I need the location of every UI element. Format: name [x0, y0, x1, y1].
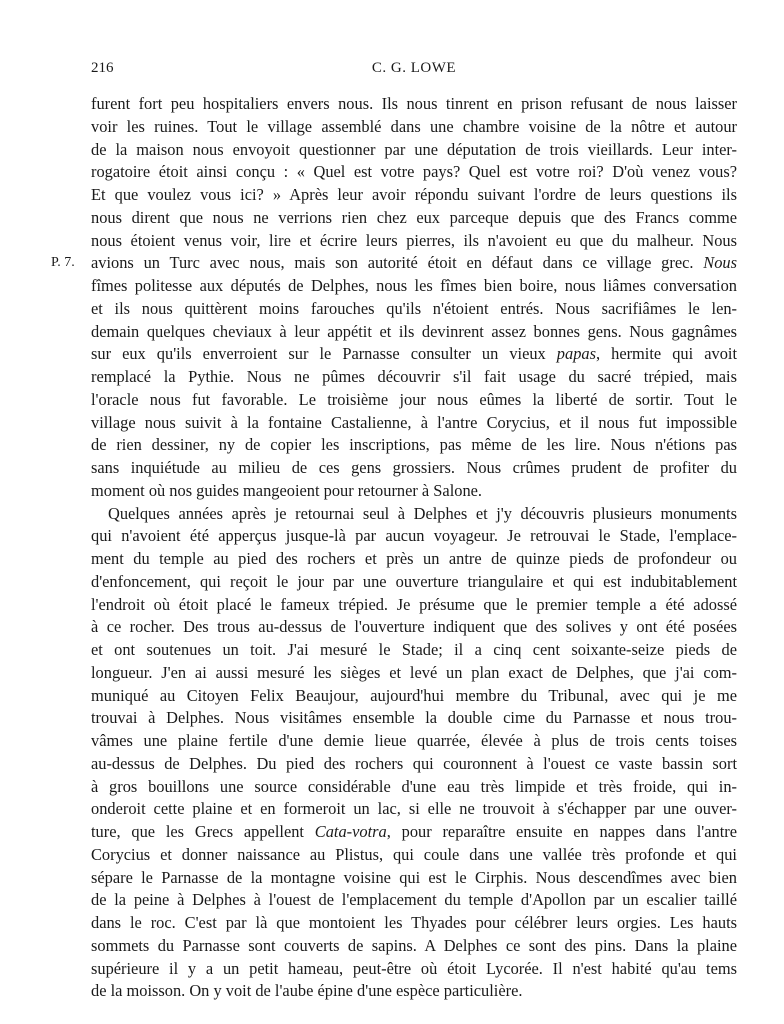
- text-line-content: village nous suivit à la fontaine Castal…: [91, 412, 737, 435]
- text-line: l'endroit où étoit placé le fameux trépi…: [91, 594, 737, 617]
- text-line-content: de la moisson. On y voit de l'aube épine…: [91, 980, 737, 1003]
- text-line-content: à ce rocher. Des trous au-dessus de l'ou…: [91, 616, 737, 639]
- text-line: muniqué au Citoyen Felix Beaujour, aujou…: [91, 685, 737, 708]
- text-line: sur eux qu'ils enverroient sur le Parnas…: [91, 343, 737, 366]
- text-line-content: nous dirent que nous ne verrions rien ch…: [91, 207, 737, 230]
- text-line-content: l'endroit où étoit placé le fameux trépi…: [91, 594, 737, 617]
- text-line-content: de la maison nous envoyoit questionner p…: [91, 139, 737, 162]
- margin-note: P. 7.: [51, 252, 75, 275]
- text-line: longueur. J'en ai aussi mesuré les siège…: [91, 662, 737, 685]
- text-line: demain quelques cheviaux à leur appétit …: [91, 321, 737, 344]
- text-line: vâmes une plaine fertile d'une demie lie…: [91, 730, 737, 753]
- text-line: nous dirent que nous ne verrions rien ch…: [91, 207, 737, 230]
- text-line-content: Quelques années après je retournai seul …: [108, 503, 737, 526]
- text-line: à gros bouillons une source considérable…: [91, 776, 737, 799]
- text-line-content: Corycius et donner naissance au Plistus,…: [91, 844, 737, 867]
- text-line: nous étoient venus voir, lire et écrire …: [91, 230, 737, 253]
- text-line-content: de la peine à Delphes à l'ouest de l'emp…: [91, 889, 737, 912]
- text-line-content: Et que voulez vous ici? » Après leur avo…: [91, 184, 737, 207]
- text-line: ture, que les Grecs appellent Cata-votra…: [91, 821, 737, 844]
- text-line-content: d'enfoncement, qui reçoit le jour par un…: [91, 571, 737, 594]
- text-line: fîmes politesse aux députés de Delphes, …: [91, 275, 737, 298]
- text-line: d'enfoncement, qui reçoit le jour par un…: [91, 571, 737, 594]
- text-line-content: qui n'avoient été apperçus jusque-là par…: [91, 525, 737, 548]
- text-line-content: à gros bouillons une source considérable…: [91, 776, 737, 799]
- text-line-content: l'oracle nous fut favorable. Le troisièm…: [91, 389, 737, 412]
- text-line-content: furent fort peu hospitaliers envers nous…: [91, 93, 737, 116]
- text-line-content: ture, que les Grecs appellent Cata-votra…: [91, 821, 737, 844]
- paragraph: Quelques années après je retournai seul …: [91, 503, 737, 1004]
- text-line-content: demain quelques cheviaux à leur appétit …: [91, 321, 737, 344]
- text-line: village nous suivit à la fontaine Castal…: [91, 412, 737, 435]
- text-line-content: supérieure il y a un petit hameau, peut-…: [91, 958, 737, 981]
- text-line-content: sépare le Parnasse de la montagne voisin…: [91, 867, 737, 890]
- text-line-content: au-dessus de Delphes. Du pied des rocher…: [91, 753, 737, 776]
- text-line: voir les ruines. Tout le village assembl…: [91, 116, 737, 139]
- text-line: avions un Turc avec nous, mais son autor…: [91, 252, 737, 275]
- text-line: de la maison nous envoyoit questionner p…: [91, 139, 737, 162]
- text-line-content: sans inquiétude au milieu de ces gens gr…: [91, 457, 737, 480]
- text-line-content: longueur. J'en ai aussi mesuré les siège…: [91, 662, 737, 685]
- text-line-content: remplacé la Pythie. Nous ne pûmes découv…: [91, 366, 737, 389]
- text-line: à ce rocher. Des trous au-dessus de l'ou…: [91, 616, 737, 639]
- text-line: trouvai à Delphes. Nous visitâmes ensemb…: [91, 707, 737, 730]
- italic-term: Cata-votra: [315, 822, 387, 841]
- text-line-content: ment du temple au pied des rochers et pr…: [91, 548, 737, 571]
- text-line-content: onderoit cette plaine et en formeroit un…: [91, 798, 737, 821]
- text-line-content: nous étoient venus voir, lire et écrire …: [91, 230, 737, 253]
- text-line: sommets du Parnasse sont couverts de sap…: [91, 935, 737, 958]
- text-line: Et que voulez vous ici? » Après leur avo…: [91, 184, 737, 207]
- text-line: qui n'avoient été apperçus jusque-là par…: [91, 525, 737, 548]
- text-line: de la moisson. On y voit de l'aube épine…: [91, 980, 737, 1003]
- text-line-content: et ils nous quittèrent moins farouches q…: [91, 298, 737, 321]
- text-line: et ont soutenues un toit. J'ai mesuré le…: [91, 639, 737, 662]
- running-title: C. G. LOWE: [91, 60, 737, 77]
- text-line: moment où nos guides mangeoient pour ret…: [91, 480, 737, 503]
- text-line-content: vâmes une plaine fertile d'une demie lie…: [91, 730, 737, 753]
- text-line-content: trouvai à Delphes. Nous visitâmes ensemb…: [91, 707, 737, 730]
- text-line-content: de rien dessiner, ny de copier les inscr…: [91, 434, 737, 457]
- text-line: supérieure il y a un petit hameau, peut-…: [91, 958, 737, 981]
- text-line: Corycius et donner naissance au Plistus,…: [91, 844, 737, 867]
- running-head: 216 C. G. LOWE: [91, 60, 737, 80]
- text-line: furent fort peu hospitaliers envers nous…: [91, 93, 737, 116]
- text-line-content: sur eux qu'ils enverroient sur le Parnas…: [91, 343, 737, 366]
- text-line-content: moment où nos guides mangeoient pour ret…: [91, 480, 737, 503]
- text-line: et ils nous quittèrent moins farouches q…: [91, 298, 737, 321]
- paragraph: furent fort peu hospitaliers envers nous…: [91, 93, 737, 503]
- text-line: de rien dessiner, ny de copier les inscr…: [91, 434, 737, 457]
- text-line: au-dessus de Delphes. Du pied des rocher…: [91, 753, 737, 776]
- document-page: 216 C. G. LOWE furent fort peu hospitali…: [0, 0, 784, 1024]
- text-line: remplacé la Pythie. Nous ne pûmes découv…: [91, 366, 737, 389]
- text-line: l'oracle nous fut favorable. Le troisièm…: [91, 389, 737, 412]
- text-line-content: rogatoire étoit ainsi conçu : « Quel est…: [91, 161, 737, 184]
- text-line: de la peine à Delphes à l'ouest de l'emp…: [91, 889, 737, 912]
- text-line: Quelques années après je retournai seul …: [91, 503, 737, 526]
- text-line-content: avions un Turc avec nous, mais son autor…: [91, 252, 737, 275]
- text-line-content: et ont soutenues un toit. J'ai mesuré le…: [91, 639, 737, 662]
- text-line: dans le roc. C'est par là que montoient …: [91, 912, 737, 935]
- text-line: ment du temple au pied des rochers et pr…: [91, 548, 737, 571]
- text-line: rogatoire étoit ainsi conçu : « Quel est…: [91, 161, 737, 184]
- text-line: sépare le Parnasse de la montagne voisin…: [91, 867, 737, 890]
- body-text: furent fort peu hospitaliers envers nous…: [91, 93, 737, 1003]
- text-line-content: fîmes politesse aux députés de Delphes, …: [91, 275, 737, 298]
- italic-term: Nous: [703, 253, 737, 272]
- text-line-content: sommets du Parnasse sont couverts de sap…: [91, 935, 737, 958]
- text-line: sans inquiétude au milieu de ces gens gr…: [91, 457, 737, 480]
- text-line-content: dans le roc. C'est par là que montoient …: [91, 912, 737, 935]
- text-line-content: muniqué au Citoyen Felix Beaujour, aujou…: [91, 685, 737, 708]
- text-line: onderoit cette plaine et en formeroit un…: [91, 798, 737, 821]
- text-line-content: voir les ruines. Tout le village assembl…: [91, 116, 737, 139]
- italic-term: papas: [557, 344, 596, 363]
